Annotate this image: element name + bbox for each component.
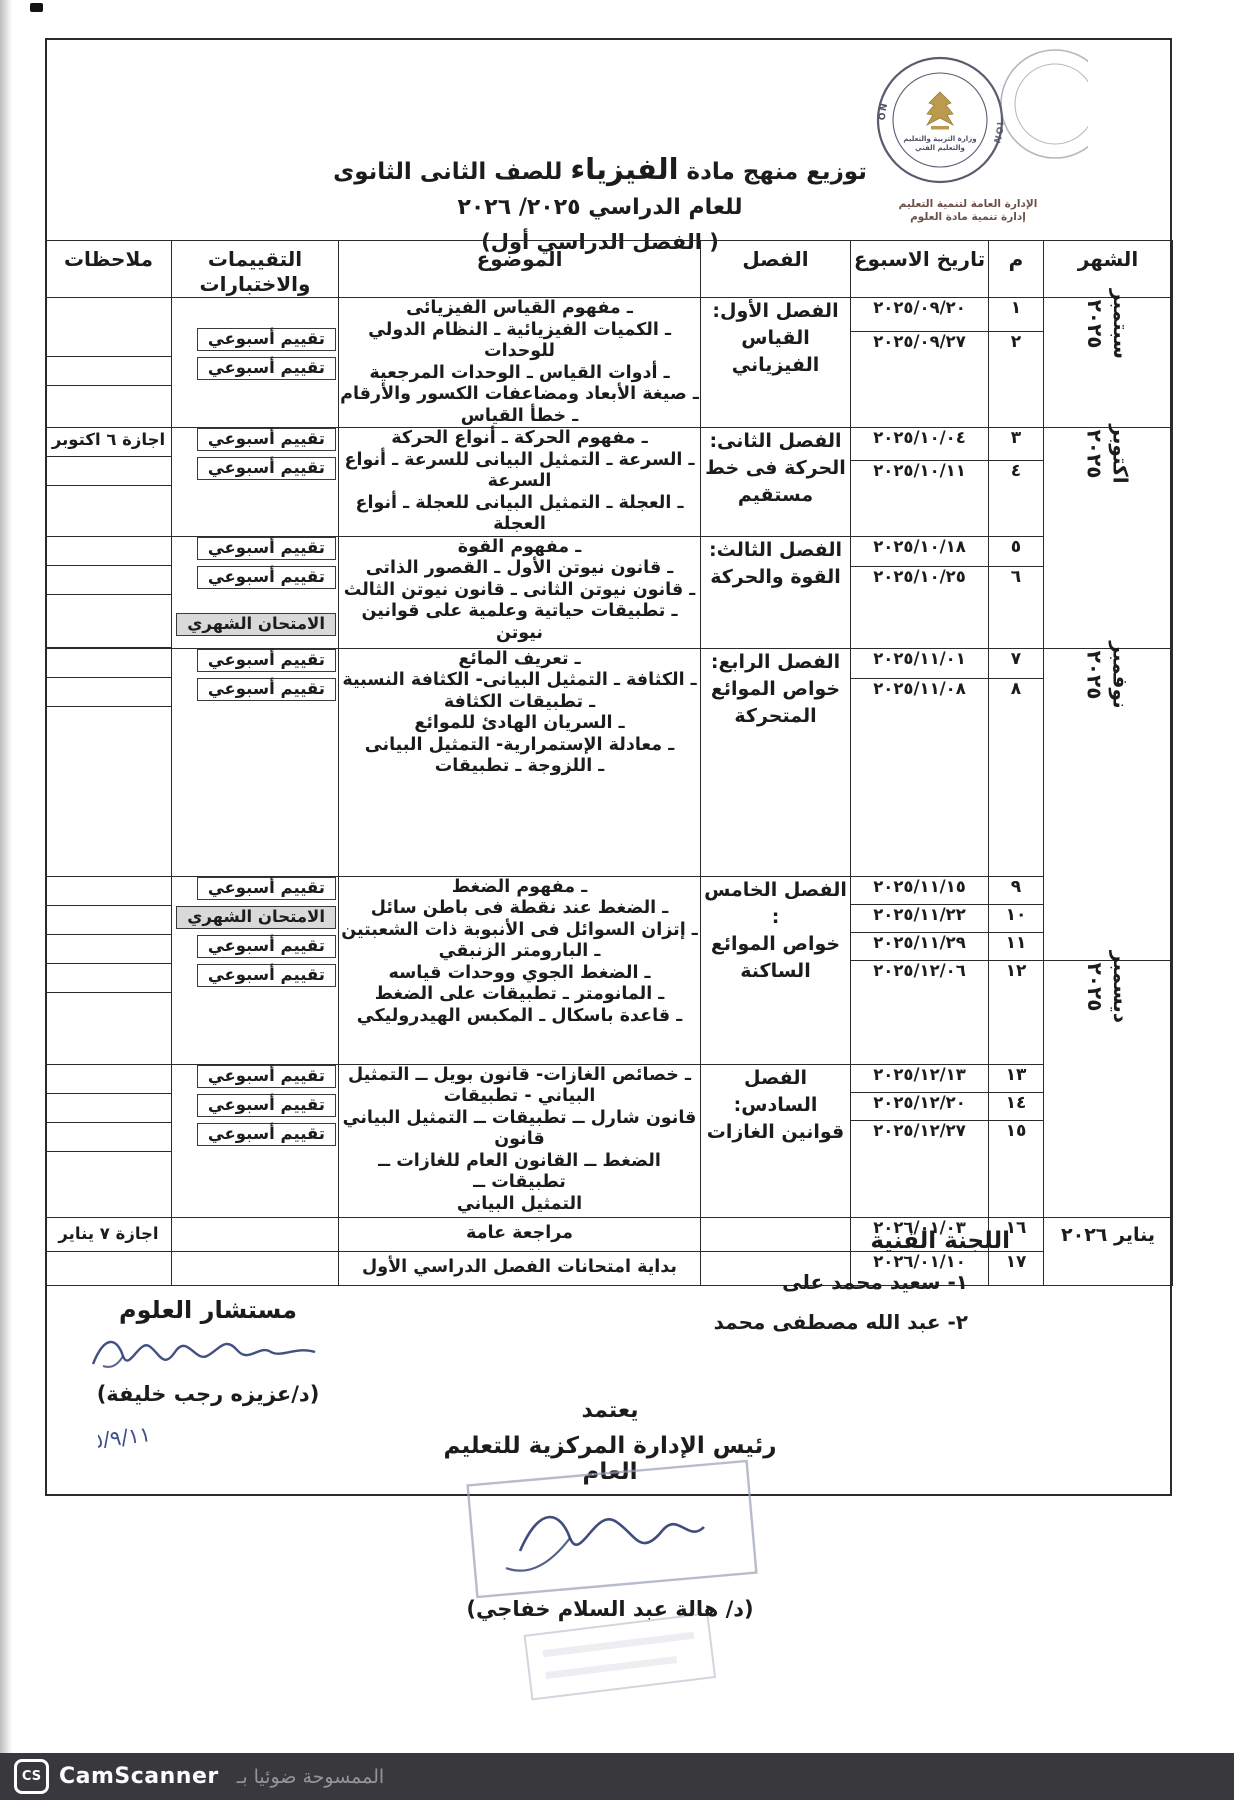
note-slot [46,566,171,595]
notes-cell: اجازة ٧ يناير [46,1217,172,1251]
second-stamp-inner-ring [1015,64,1088,144]
topic-line: ـ تطبيقات حياتية وعلمية على قوانين نيوتن [339,601,700,644]
chapter-line: : [701,904,850,931]
advisor-signature-scribble [83,1324,333,1376]
chapter-line: الفصل الرابع: [701,649,850,676]
note-slot [46,964,171,993]
evaluations-cell: تقييم أسبوعيتقييم أسبوعي [172,428,339,537]
week-number-cell: ١٤ [989,1092,1044,1120]
week-date-cell: ٢٠٢٥/٠٩/٢٧ [851,332,989,428]
stamp-ring-text-bottom: AND TECHNICAL EDUCATION [858,42,1004,145]
topic-line: ـ البارومتر الزنبقي [339,941,700,963]
committee-member-1: ١- سعيد محمد على [714,1270,968,1294]
topic-line: ـ مفهوم الحركة ـ أنواع الحركة [339,428,700,450]
week-row: سبتمبر٢٠٢٥١٢٠٢٥/٠٩/٢٠الفصل الأول:القياسا… [46,298,1173,332]
evaluations-cell: تقييم أسبوعيتقييم أسبوعيالامتحان الشهري [172,536,339,648]
eagle-base [931,126,949,130]
weekly-evaluation-box: تقييم أسبوعي [197,877,336,900]
chapter-cell: الفصل الثالث:القوة والحركة [701,536,851,648]
topic-cell: ـ مفهوم الضغطـ الضغط عند نقطة فى باطن سا… [339,876,701,1064]
chapter-line: الفصل [701,1065,850,1092]
week-number-cell: ٤ [989,461,1044,536]
topic-cell: ـ مفهوم الحركة ـ أنواع الحركةـ السرعة ـ … [339,428,701,537]
weekly-evaluation-box: تقييم أسبوعي [197,649,336,672]
chapter-line: السادس: [701,1092,850,1119]
topic-line: ـ الضغط الجوي ووحدات قياسه [339,963,700,985]
week-date-cell: ٢٠٢٥/١١/٢٢ [851,904,989,932]
camscanner-logo-icon: CS [14,1759,49,1794]
month-label: يناير ٢٠٢٦ [1044,1218,1172,1246]
table-header-row: الشهرمتاريخ الاسبوعالفصلالموضوعالتقييمات… [46,241,1173,298]
month-cell: نوفمبر٢٠٢٥ [1044,648,1173,960]
approval-word: يعتمد [420,1398,800,1423]
week-date-cell: ٢٠٢٥/١٢/٢٠ [851,1092,989,1120]
note-slot [46,1094,171,1123]
topic-cell: ـ مفهوم القوةـ قانون نيوتن الأول ـ القصو… [339,536,701,648]
week-date-cell: ٢٠٢٥/١٠/١١ [851,461,989,536]
week-date-cell: ٢٠٢٥/١١/٢٩ [851,932,989,960]
note-slot [46,906,171,935]
notes-cell [46,876,172,1064]
week-number-cell: ٢ [989,332,1044,428]
col-header-notes: ملاحظات [46,241,172,298]
advisor-name: (د/عزيزه رجب خليفة) [58,1382,358,1406]
technical-committee: اللجنة الفنية ١- سعيد محمد على ٢- عبد ال… [714,1228,1010,1334]
weekly-evaluation-box: تقييم أسبوعي [197,428,336,451]
monthly-exam-box: الامتحان الشهري [176,613,336,636]
col-header-evaluations: التقييماتوالاختبارات [172,241,339,298]
topic-line: ـ مفهوم القياس الفيزيائى [339,298,700,320]
chapter-line: المتحركة [701,703,850,730]
month-cell: ديسمبر٢٠٢٥ [1044,960,1173,1217]
advisor-title: مستشار العلوم [58,1296,358,1324]
topic-line: ـ خطأ القياس [339,406,700,428]
lower-faint-stamp [525,1613,715,1699]
head-signature-scribble [520,1517,704,1551]
scan-edge-shadow [0,0,12,1800]
head-name: (د/ هالة عبد السلام خفاجي) [420,1597,800,1621]
topic-line: البياني - تطبيقات [339,1086,700,1108]
science-advisor-block: مستشار العلوم (د/عزيزه رجب خليفة) ٢٠٢٥/٩… [58,1296,358,1452]
chapter-cell: الفصل الخامس:خواص الموائعالساكنة [701,876,851,1064]
weekly-evaluation-box: تقييم أسبوعي [197,457,336,480]
week-date-cell: ٢٠٢٥/١١/٠١ [851,648,989,678]
chapter-cell: الفصل الرابع:خواص الموائعالمتحركة [701,648,851,876]
evaluations-cell: تقييم أسبوعيالامتحان الشهريتقييم أسبوعيت… [172,876,339,1064]
note-slot [46,457,171,486]
title-line2: للعام الدراسي ٢٠٢٥/ ٢٠٢٦ [260,190,940,225]
note-slot [46,1123,171,1152]
weekly-evaluation-box: تقييم أسبوعي [197,357,336,380]
week-number-cell: ١٣ [989,1064,1044,1092]
week-number-cell: ١٠ [989,904,1044,932]
note-slot [46,877,171,906]
month-cell: اكتوبر٢٠٢٥ [1044,428,1173,649]
scanned-document-page: MINISTRY OF EDUCATION AND TECHNICAL EDUC… [0,0,1234,1800]
week-date-cell: ٢٠٢٥/١٠/١٨ [851,536,989,566]
topic-line: ـ العجلة ـ التمثيل البيانى للعجلة ـ أنوا… [339,493,700,536]
week-row: اكتوبر٢٠٢٥٣٢٠٢٥/١٠/٠٤الفصل الثانى:الحركة… [46,428,1173,461]
topic-line: ـ مفهوم الضغط [339,877,700,899]
week-number-cell: ٦ [989,566,1044,648]
topic-line: ـ السريان الهادئ للموائع [339,713,700,735]
weekly-evaluation-box: تقييم أسبوعي [197,1094,336,1117]
notes-cell [46,648,172,876]
note-slot [46,649,171,678]
chapter-cell: الفصل الثانى:الحركة فى خطمستقيم [701,428,851,537]
notes-cell: اجازة ٦ اكتوبر [46,428,172,537]
topic-cell: ـ مفهوم القياس الفيزيائىـ الكميات الفيزي… [339,298,701,428]
weekly-evaluation-box: تقييم أسبوعي [197,328,336,351]
chapter-line: الفصل الأول: [701,298,850,325]
topic-line: ـ تعريف المائع [339,649,700,671]
topic-line: ـ أدوات القياس ـ الوحدات المرجعية [339,363,700,385]
advisor-handwritten-date: ٢٠٢٥/٩/١١ [98,1406,318,1448]
advisor-date-text: ٢٠٢٥/٩/١١ [98,1422,152,1448]
topic-line: الضغط ــ القانون العام للغازات ــ تطبيقا… [339,1151,700,1194]
month-rotated-label: ديسمبر٢٠٢٥ [1082,950,1134,1022]
approval-stamp-zone: (د/ هالة عبد السلام خفاجي) [420,1485,800,1745]
week-date-cell: ٢٠٢٥/١٢/١٣ [851,1064,989,1092]
note-slot [46,619,171,648]
notes-cell [46,536,172,648]
month-cell: سبتمبر٢٠٢٥ [1044,298,1173,428]
note: اجازة ٧ يناير [46,1218,171,1243]
topic-line: ـ قاعدة باسكال ـ المكبس الهيدروليكي [339,1006,700,1028]
topic-line: ـ قانون نيوتن الأول ـ القصور الذاتى [339,558,700,580]
week-number-cell: ١٥ [989,1120,1044,1217]
chapter-line: مستقيم [701,482,850,509]
chapter-line: الفيزياني [701,352,850,379]
col-header-chapter: الفصل [701,241,851,298]
note-slot: اجازة ٦ اكتوبر [46,428,171,457]
weekly-evaluation-box: تقييم أسبوعي [197,935,336,958]
note-slot [46,678,171,707]
evaluations-cell [172,1217,339,1251]
head-stamp-rect [468,1461,757,1597]
title-subject: الفيزياء [570,152,678,186]
topic-line: قانون شارل ــ تطبيقات ــ التمثيل البياني… [339,1108,700,1151]
week-row: نوفمبر٢٠٢٥٧٢٠٢٥/١١/٠١الفصل الرابع:خواص ا… [46,648,1173,678]
evaluations-cell: تقييم أسبوعيتقييم أسبوعي [172,648,339,876]
committee-member-2: ٢- عبد الله مصطفى محمد [714,1310,968,1334]
week-date-cell: ٢٠٢٥/١٢/٠٦ [851,960,989,1064]
weekly-evaluation-box: تقييم أسبوعي [197,678,336,701]
weekly-evaluation-box: تقييم أسبوعي [197,1123,336,1146]
topic-cell: ـ خصائص الغازات- قانون بويل ــ التمثيلال… [339,1064,701,1217]
second-stamp-outer-ring [1001,50,1088,158]
chapter-cell: الفصلالسادس:قوانين الغازات [701,1064,851,1217]
notes-cell [46,1064,172,1217]
topic-cell: بداية امتحانات الفصل الدراسي الأول [339,1251,701,1285]
month-rotated-label: نوفمبر٢٠٢٥ [1082,641,1134,708]
chapter-line: الحركة فى خط [701,455,850,482]
camscanner-footer-bar: CS CamScanner الممسوحة ضوئيا بـ [0,1753,1234,1800]
week-row: ٥٢٠٢٥/١٠/١٨الفصل الثالث:القوة والحركةـ م… [46,536,1173,566]
col-header-evaluations-line: والاختبارات [172,272,338,297]
week-number-cell: ٧ [989,648,1044,678]
month-rotated-label: اكتوبر٢٠٢٥ [1082,424,1134,483]
week-date-cell: ٢٠٢٥/١١/١٥ [851,876,989,904]
week-number-cell: ١٢ [989,960,1044,1064]
stamp-center-text-2: والتعليم الفني [915,144,965,152]
chapter-line: الفصل الخامس [701,877,850,904]
chapter-line: الساكنة [701,958,850,985]
evaluations-cell [172,1251,339,1285]
topic-line: بداية امتحانات الفصل الدراسي الأول [339,1252,700,1279]
week-number-cell: ١ [989,298,1044,332]
week-date-cell: ٢٠٢٥/١٠/٢٥ [851,566,989,648]
title-prefix: توزيع منهج مادة [679,159,867,185]
week-number-cell: ٣ [989,428,1044,461]
col-header-evaluations-line: التقييمات [172,247,338,272]
chapter-line: الفصل الثالث: [701,537,850,564]
weekly-evaluation-box: تقييم أسبوعي [197,1065,336,1088]
chapter-line: خواص الموائع [701,931,850,958]
topic-line: مراجعة عامة [339,1218,700,1245]
curriculum-schedule-table: الشهرمتاريخ الاسبوعالفصلالموضوعالتقييمات… [45,240,1173,1286]
week-number-cell: ١١ [989,932,1044,960]
chapter-line: الفصل الثانى: [701,428,850,455]
topic-line: ـ المانومتر ـ تطبيقات على الضغط [339,984,700,1006]
topic-line: ـ خصائص الغازات- قانون بويل ــ التمثيل [339,1065,700,1087]
topic-cell: ـ تعريف المائعـ الكثافة ـ التمثيل البيان… [339,648,701,876]
topic-line: ـ صيغة الأبعاد ومضاعفات الكسور والأرقام [339,384,700,406]
stamp-center-text-1: وزارة التربية والتعليم [903,135,976,143]
chapter-line: قوانين الغازات [701,1119,850,1146]
topic-line: ـ الضغط عند نقطة فى باطن سائل [339,898,700,920]
topic-line: التمثيل البياني [339,1194,700,1216]
week-date-cell: ٢٠٢٥/١١/٠٨ [851,678,989,876]
topic-line: ـ الكميات الفيزيائية ـ النظام الدولي للو… [339,320,700,363]
note-slot [46,328,171,357]
week-row: ١٣٢٠٢٥/١٢/١٣الفصلالسادس:قوانين الغازاتـ … [46,1064,1173,1092]
chapter-line: القياس [701,325,850,352]
notes-cell [46,1251,172,1285]
note-slot [46,935,171,964]
camscanner-caption: الممسوحة ضوئيا بـ [237,1766,384,1788]
committee-title: اللجنة الفنية [714,1228,1010,1254]
topic-line: ـ قانون نيوتن الثانى ـ قانون نيوتن الثال… [339,580,700,602]
topic-cell: مراجعة عامة [339,1217,701,1251]
weekly-evaluation-box: تقييم أسبوعي [197,566,336,589]
title-suffix: للصف الثانى الثانوى [333,159,570,185]
stamp-ring-text-top: MINISTRY OF EDUCATION [858,42,890,121]
camscanner-brand: CamScanner [59,1764,219,1789]
week-row: ٩٢٠٢٥/١١/١٥الفصل الخامس:خواص الموائعالسا… [46,876,1173,904]
notes-cell [46,298,172,428]
title-line1: توزيع منهج مادة الفيزياء للصف الثانى الث… [260,152,940,190]
weekly-evaluation-box: تقييم أسبوعي [197,964,336,987]
topic-line: ـ مفهوم القوة [339,537,700,559]
chapter-line: خواص الموائع [701,676,850,703]
evaluations-cell: تقييم أسبوعيتقييم أسبوعي [172,298,339,428]
week-number-cell: ٨ [989,678,1044,876]
week-number-cell: ٥ [989,536,1044,566]
topic-line: ـ معادلة الإستمرارية- التمثيل البيانى [339,735,700,757]
evaluations-cell: تقييم أسبوعيتقييم أسبوعيتقييم أسبوعي [172,1064,339,1217]
topic-line: السرعة [339,471,700,493]
note-slot [46,1065,171,1094]
month-cell: يناير ٢٠٢٦ [1044,1217,1173,1285]
note-slot [46,357,171,386]
week-date-cell: ٢٠٢٥/١٢/٢٧ [851,1120,989,1217]
weekly-evaluation-box: تقييم أسبوعي [197,537,336,560]
chapter-cell: الفصل الأول:القياسالفيزياني [701,298,851,428]
note-slot [46,537,171,566]
week-date-cell: ٢٠٢٥/٠٩/٢٠ [851,298,989,332]
week-number-cell: ٩ [989,876,1044,904]
approval-stamp-and-signature [420,1443,800,1705]
month-rotated-label: سبتمبر٢٠٢٥ [1082,289,1134,359]
scan-speck [30,3,43,12]
monthly-exam-box: الامتحان الشهري [176,906,336,929]
topic-line: ـ الكثافة ـ التمثيل البيانى- الكثافة الن… [339,670,700,692]
col-header-date: تاريخ الاسبوع [851,241,989,298]
week-date-cell: ٢٠٢٥/١٠/٠٤ [851,428,989,461]
col-header-topic: الموضوع [339,241,701,298]
eagle-icon [927,92,953,125]
topic-line: ـ إتزان السوائل فى الأنبوبة ذات الشعبتين [339,920,700,942]
topic-line: ـ السرعة ـ التمثيل البيانى للسرعة ـ أنوا… [339,450,700,472]
topic-line: ـ تطبيقات الكثافة [339,692,700,714]
col-header-number: م [989,241,1044,298]
chapter-line: القوة والحركة [701,564,850,591]
approval-block: يعتمد رئيس الإدارة المركزية للتعليم العا… [420,1398,800,1745]
topic-line: ـ اللزوجة ـ تطبيقات [339,756,700,778]
